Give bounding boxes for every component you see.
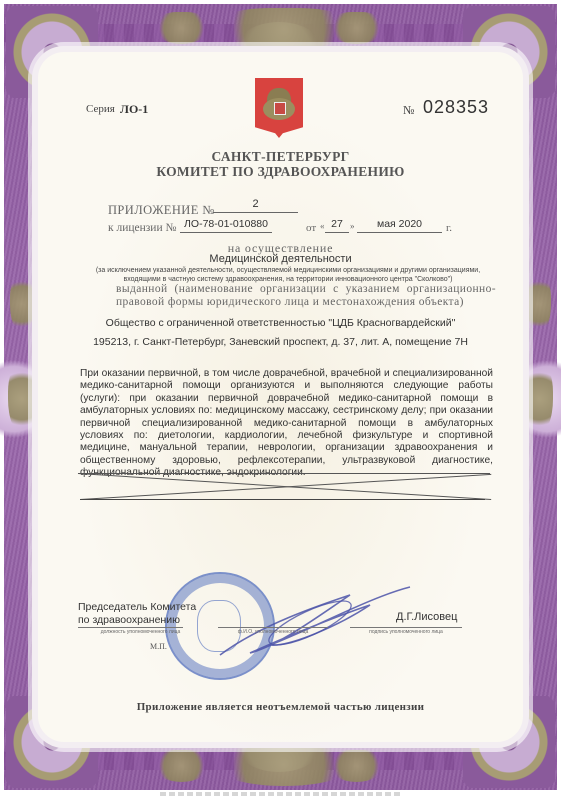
signer-name: Д.Г.Лисовец	[396, 611, 457, 623]
side-ornament-icon	[525, 364, 553, 434]
bottom-ornament-icon	[154, 750, 209, 782]
signer-position-line1: Председатель Комитета	[78, 601, 196, 614]
organization-address: 195213, г. Санкт-Петербург, Заневский пр…	[0, 336, 561, 348]
signer-position: Председатель Комитета по здравоохранению	[78, 601, 196, 627]
license-label: к лицензии №	[108, 222, 176, 234]
seal-place-label: М.П.	[150, 642, 167, 651]
document-number: 028353	[423, 97, 489, 118]
date-quote-close: »	[350, 221, 355, 231]
top-ornament-icon	[154, 12, 209, 44]
name-underline	[218, 627, 328, 628]
separator-line	[80, 499, 485, 500]
handwritten-signature-icon	[200, 585, 420, 665]
printer-imprint	[160, 792, 400, 796]
date-from-label: от	[306, 222, 316, 234]
issuer-committee: КОМИТЕТ ПО ЗДРАВООХРАНЕНИЮ	[0, 164, 561, 180]
signature-caption: подпись уполномоченного лица	[350, 629, 462, 635]
signer-position-line2: по здравоохранению	[78, 614, 196, 627]
bottom-ornament-icon	[329, 750, 384, 782]
shield-icon	[274, 102, 286, 115]
activity-note: (за исключением указанной деятельности, …	[78, 266, 498, 284]
position-caption: должность уполномоченного лица	[78, 629, 203, 635]
appendix-number: 2	[213, 198, 298, 213]
license-number: ЛО-78-01-010880	[180, 218, 272, 233]
side-ornament-icon	[8, 364, 36, 434]
number-sign: №	[403, 103, 414, 118]
activity-type: Медицинской деятельности	[0, 253, 561, 265]
series-label: Серия	[86, 103, 115, 115]
series-value: ЛО-1	[120, 102, 148, 117]
russian-coat-of-arms-icon	[255, 78, 303, 138]
licensed-works-text: При оказании первичной, в том числе довр…	[80, 368, 493, 480]
position-underline	[78, 627, 183, 628]
issued-to-caption: выданной (наименование организации с ука…	[116, 283, 496, 309]
footer-note: Приложение является неотъемлемой частью …	[0, 701, 561, 713]
top-ornament-icon	[329, 12, 384, 44]
date-quote-open: «	[320, 221, 325, 231]
issuer-city: САНКТ-ПЕТЕРБУРГ	[0, 149, 561, 165]
license-month-year: мая 2020	[357, 218, 442, 233]
name-caption: ф.И.О. уполномоченного лица	[218, 629, 328, 635]
organization-name: Общество с ограниченной ответственностью…	[0, 317, 561, 329]
signature-underline	[350, 627, 462, 628]
separator-line	[78, 473, 490, 474]
appendix-label: ПРИЛОЖЕНИЕ №	[108, 203, 215, 218]
year-suffix: г.	[446, 222, 452, 234]
license-day: 27	[325, 218, 349, 233]
